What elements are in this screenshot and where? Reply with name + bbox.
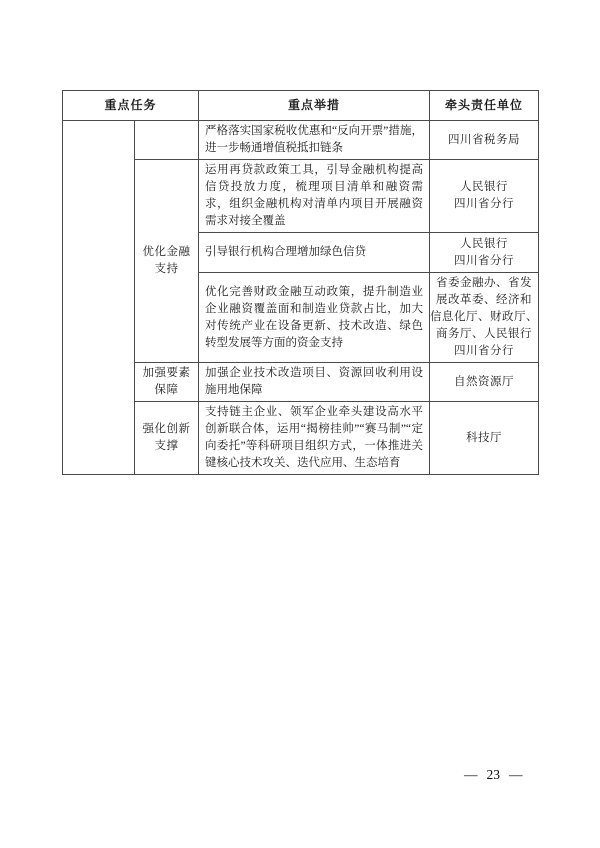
measure-cell-land-guarantee: 加强企业技术改造项目、资源回收利用设施用地保障 — [199, 363, 430, 402]
measure-cell-relending: 运用再贷款政策工具，引导金融机构提高信贷投放力度，梳理项目清单和融资需求，组织金… — [199, 160, 430, 233]
table-header-row: 重点任务 重点举措 牵头责任单位 — [63, 91, 539, 121]
task-cell-empty — [135, 121, 199, 160]
measure-cell-fiscal-finance: 优化完善财政金融互动政策，提升制造业企业融资覆盖面和制造业贷款占比，加大对传统产… — [199, 273, 430, 363]
page-number-value: 23 — [487, 767, 501, 783]
measure-cell-innovation-consortium: 支持链主企业、领军企业牵头建设高水平创新联合体，运用“揭榜挂帅”“赛马制”“定向… — [199, 402, 430, 475]
category-cell-empty — [63, 121, 135, 475]
measure-cell-tax: 严格落实国家税收优惠和“反向开票”措施，进一步畅通增值税抵扣链条 — [199, 121, 430, 160]
table-row: 强化创新 支撑 支持链主企业、领军企业牵头建设高水平创新联合体，运用“揭榜挂帅”… — [63, 402, 539, 475]
task-cell-optimize-finance: 优化金融 支持 — [135, 160, 199, 363]
document-page: 重点任务 重点举措 牵头责任单位 严格落实国家税收优惠和“反向开票”措施，进一步… — [0, 0, 600, 848]
page-number: — 23 — — [464, 767, 523, 783]
unit-cell-finance-office-group: 省委金融办、省发 展改革委、经济和 信息化厅、财政厅、 商务厅、人民银行 四川省… — [430, 273, 539, 363]
unit-cell-natural-resources: 自然资源厅 — [430, 363, 539, 402]
table-row: 加强要素 保障 加强企业技术改造项目、资源回收利用设施用地保障 自然资源厅 — [63, 363, 539, 402]
header-key-tasks: 重点任务 — [63, 91, 199, 121]
unit-cell-science-tech: 科技厅 — [430, 402, 539, 475]
header-lead-unit: 牵头责任单位 — [430, 91, 539, 121]
table-row: 严格落实国家税收优惠和“反向开票”措施，进一步畅通增值税抵扣链条 四川省税务局 — [63, 121, 539, 160]
header-key-measures: 重点举措 — [199, 91, 430, 121]
unit-cell-pboc-1: 人民银行 四川省分行 — [430, 160, 539, 233]
key-tasks-table: 重点任务 重点举措 牵头责任单位 严格落实国家税收优惠和“反向开票”措施，进一步… — [62, 90, 539, 475]
unit-cell-tax-bureau: 四川省税务局 — [430, 121, 539, 160]
task-cell-strengthen-elements: 加强要素 保障 — [135, 363, 199, 402]
task-cell-innovation-support: 强化创新 支撑 — [135, 402, 199, 475]
unit-cell-pboc-2: 人民银行 四川省分行 — [430, 233, 539, 273]
page-number-dash-right: — — [509, 767, 523, 783]
page-number-dash-left: — — [464, 767, 478, 783]
table-row: 优化金融 支持 运用再贷款政策工具，引导金融机构提高信贷投放力度，梳理项目清单和… — [63, 160, 539, 233]
measure-cell-green-credit: 引导银行机构合理增加绿色信贷 — [199, 233, 430, 273]
